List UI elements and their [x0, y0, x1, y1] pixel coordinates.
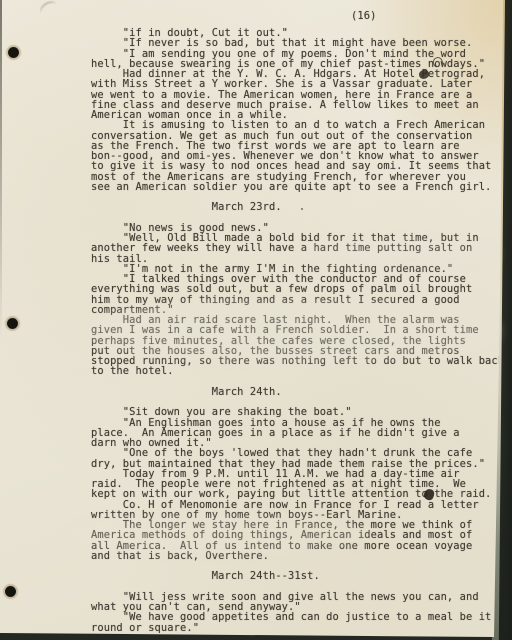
text-line: to the hotel.: [91, 366, 512, 376]
text-line: see an American soldier you are quite ap…: [91, 182, 512, 192]
text-line: "Sit down you are shaking the boat.": [91, 407, 512, 417]
text-line: "One of the boys 'lowed that they hadn't…: [91, 448, 512, 458]
text-line: March 24th.: [91, 387, 512, 397]
pencil-smudge-mark: [38, 0, 61, 20]
punch-hole-middle: [7, 318, 18, 329]
text-line: "If never is so bad, but that it might h…: [91, 38, 512, 48]
stray-ink-dot: [301, 208, 303, 210]
punch-hole-bottom: [5, 586, 16, 597]
text-line: round or square.": [91, 623, 512, 633]
page-number: (16): [351, 10, 376, 22]
typewritten-page: (16) "if in doubt, Cut it out." "If neve…: [0, 0, 512, 640]
text-line: America methods of doing things, America…: [91, 530, 512, 540]
text-line: given I was in a cafe with a French sold…: [91, 325, 512, 335]
text-line: another few weeks they will have a hard …: [91, 243, 512, 253]
text-line: "We have good appetites and can do justi…: [91, 612, 512, 622]
text-line: March 24th--31st.: [91, 571, 512, 581]
text-line: It is amusing to listen to an d to watch…: [91, 120, 512, 130]
typewritten-lines: "if in doubt, Cut it out." "If never is …: [0, 28, 512, 633]
text-line: kept on with our work, paying but little…: [91, 489, 512, 499]
punch-hole-top: [8, 47, 19, 58]
text-line: with Miss Street a Y worker. She is a Va…: [91, 79, 512, 89]
text-line: and that is back, Overthere.: [91, 551, 512, 561]
left-paper-edge: [0, 0, 2, 340]
text-line: everything was sold out, but a few drops…: [91, 284, 512, 294]
text-line: to give it is wasy to nod onces head and…: [91, 161, 512, 171]
